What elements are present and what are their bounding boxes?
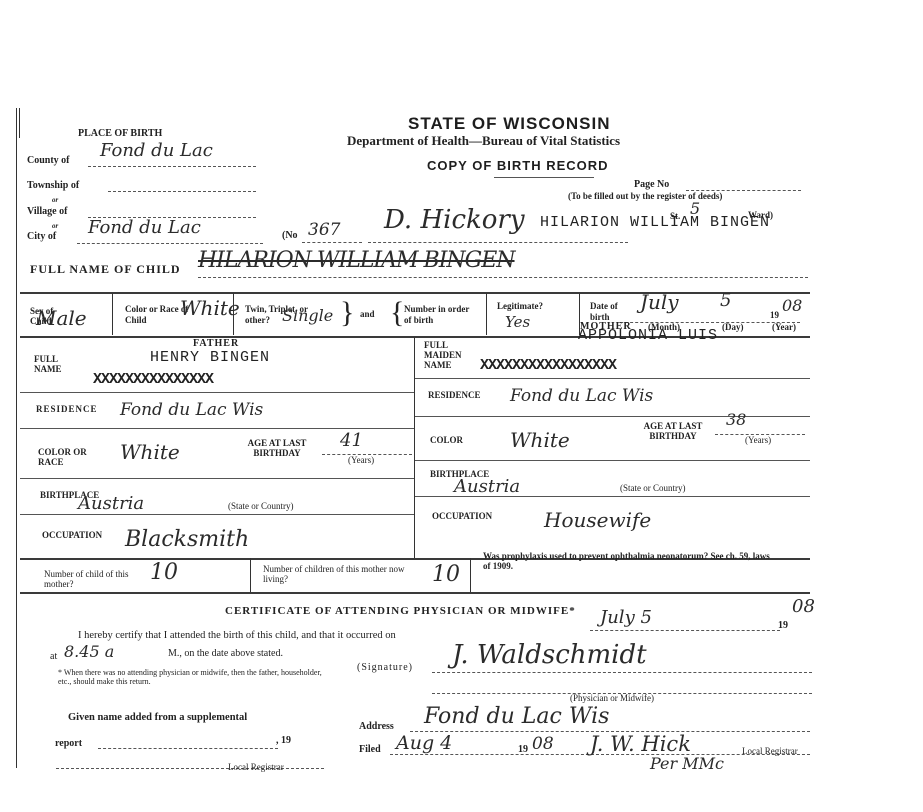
local-registrar-label: Local Registrar <box>742 746 798 756</box>
supp-registrar-label: Local Registrar <box>228 762 284 772</box>
child-name-label: FULL NAME OF CHILD <box>30 262 181 277</box>
row-line <box>20 592 810 594</box>
col-divider <box>470 558 471 592</box>
father-color-label: COLOR OR RACE <box>38 447 93 467</box>
address-value: Fond du Lac Wis <box>424 704 609 729</box>
father-name-strikeout: XXXXXXXXXXXXXXX <box>93 371 213 388</box>
township-field-line <box>108 191 256 192</box>
dob-day-value: 5 <box>720 290 731 311</box>
mother-residence-label: RESIDENCE <box>428 390 481 400</box>
father-typed-name: HENRY BINGEN <box>150 349 270 366</box>
mother-birthplace-value: Austria <box>454 476 520 497</box>
sex-value: Male <box>36 306 87 330</box>
attendant-note: * When there was no attending physician … <box>58 668 328 686</box>
twin-value: Single <box>282 306 333 325</box>
brace-right: { <box>390 296 404 330</box>
father-age-value: 41 <box>340 430 363 451</box>
city-value: Fond du Lac <box>88 217 201 238</box>
father-residence-label: RESIDENCE <box>36 404 98 414</box>
father-occupation-label: OCCUPATION <box>42 530 102 540</box>
father-heading: FATHER <box>193 338 239 349</box>
city-label: City of <box>27 231 56 242</box>
day-label: (Day) <box>722 322 744 332</box>
child-handwritten-name-struck: HILARION WILLIAM BINGEN <box>198 248 515 273</box>
house-no-label: (No <box>282 230 298 241</box>
address-label: Address <box>359 721 394 732</box>
mother-color-label: COLOR <box>430 435 463 445</box>
house-no-field-line <box>302 242 362 243</box>
row-line <box>20 428 414 429</box>
dob-month-value: July <box>640 290 679 314</box>
certificate-heading: CERTIFICATE OF ATTENDING PHYSICIAN OR MI… <box>225 605 576 617</box>
legitimate-label: Legitimate? <box>497 301 543 311</box>
mother-occupation-label: OCCUPATION <box>432 511 492 521</box>
registrar-signature: J. W. Hick <box>590 732 691 756</box>
father-birthplace-value: Austria <box>78 493 144 514</box>
supp-registrar-line <box>56 768 324 769</box>
form-left-border <box>16 108 17 768</box>
filed-value: Aug 4 <box>396 732 452 754</box>
physician-label: (Physician or Midwife) <box>570 693 654 703</box>
children-living-value: 10 <box>432 562 460 587</box>
row-line <box>20 478 414 479</box>
occurred-year-value: 08 <box>792 596 815 617</box>
mother-state-country-label: (State or Country) <box>620 483 686 493</box>
col-divider <box>112 293 113 335</box>
row-line <box>415 378 810 379</box>
occurred-value: July 5 <box>600 607 652 628</box>
supplemental-label: Given name added from a supplemental <box>68 712 247 723</box>
signature-line <box>432 672 812 673</box>
row-line <box>415 460 810 461</box>
signature-value: J. Waldschmidt <box>452 640 647 670</box>
father-age-label: AGE AT LAST BIRTHDAY <box>232 438 322 458</box>
department-title: Department of Health—Bureau of Vital Sta… <box>347 133 620 149</box>
row-line <box>415 496 810 497</box>
report-year-prefix: , 19 <box>276 735 291 746</box>
or-label-2: or <box>52 222 58 230</box>
mother-age-value: 38 <box>726 410 746 429</box>
divider-top <box>20 292 810 294</box>
prophylaxis-label: Was prophylaxis used to prevent ophthalm… <box>483 551 773 571</box>
state-title: STATE OF WISCONSIN <box>408 114 610 134</box>
father-years-label: (Years) <box>348 455 374 465</box>
father-name-label: FULL NAME <box>34 354 64 374</box>
occurred-year-prefix: 19 <box>778 620 788 631</box>
col-divider <box>486 293 487 335</box>
county-field-line <box>88 166 256 167</box>
signature-label: (Signature) <box>357 662 413 673</box>
occurred-line <box>590 630 780 631</box>
record-type-title: COPY OF BIRTH RECORD <box>427 158 609 173</box>
child-number-label: Number of child of this mother? <box>44 569 134 589</box>
report-line <box>98 748 278 749</box>
form-left-border-double <box>19 108 20 138</box>
or-label-1: or <box>52 196 58 204</box>
row-line <box>20 392 414 393</box>
filed-year-value: 08 <box>532 734 554 754</box>
city-field-line <box>77 243 263 244</box>
filed-year-prefix: 19 <box>518 744 528 755</box>
mother-occupation-value: Housewife <box>544 508 651 532</box>
county-label: County of <box>27 155 70 166</box>
street-value: D. Hickory <box>384 205 525 235</box>
village-label: Village of <box>27 206 67 217</box>
child-name-field-line <box>198 277 808 278</box>
col-divider <box>250 558 251 592</box>
mother-age-label: AGE AT LAST BIRTHDAY <box>628 421 718 441</box>
color-value: White <box>180 296 240 320</box>
child-typed-name: HILARION WILLIAM BINGEN <box>540 214 770 231</box>
parents-divider <box>414 337 415 559</box>
house-no-value: 367 <box>308 220 340 240</box>
township-label: Township of <box>27 180 79 191</box>
filed-label: Filed <box>359 744 381 755</box>
children-living-label: Number of children of this mother now li… <box>263 564 413 584</box>
father-state-country-label: (State or Country) <box>228 501 294 511</box>
mother-color-value: White <box>510 428 570 452</box>
dob-year-prefix: 19 <box>770 310 779 320</box>
street-field-line <box>368 242 628 243</box>
page-no-label: Page No <box>634 179 669 190</box>
report-label: report <box>55 738 82 749</box>
mother-name-strikeout: XXXXXXXXXXXXXXXXX <box>480 357 616 374</box>
order-label: Number in order of birth <box>404 304 474 326</box>
brace-left: } <box>340 296 354 330</box>
row-line <box>415 416 810 417</box>
father-color-value: White <box>120 440 180 464</box>
record-type-underline <box>494 177 594 178</box>
father-occupation-value: Blacksmith <box>125 527 249 552</box>
mother-typed-name: APPOLONIA LUIS <box>578 327 718 344</box>
registrar-subsignature: Per MMc <box>650 754 724 773</box>
and-label: and <box>360 309 375 319</box>
mother-years-label: (Years) <box>745 435 771 445</box>
time-suffix: M., on the date above stated. <box>168 648 283 659</box>
child-number-value: 10 <box>150 560 178 585</box>
father-residence-value: Fond du Lac Wis <box>120 400 263 420</box>
mother-name-label: FULL MAIDEN NAME <box>424 340 464 370</box>
row-line <box>20 514 414 515</box>
place-of-birth-heading: PLACE OF BIRTH <box>78 128 162 139</box>
certify-text: I hereby certify that I attended the bir… <box>78 630 396 641</box>
dob-year-value: 08 <box>782 296 802 315</box>
county-value: Fond du Lac <box>100 140 213 161</box>
at-label: at <box>50 651 57 662</box>
legitimate-value: Yes <box>505 313 530 331</box>
time-value: 8.45 a <box>64 642 114 661</box>
mother-residence-value: Fond du Lac Wis <box>510 386 653 406</box>
dob-label: Date of birth <box>590 301 630 323</box>
col-divider <box>233 293 234 335</box>
year-label: (Year) <box>772 322 796 332</box>
